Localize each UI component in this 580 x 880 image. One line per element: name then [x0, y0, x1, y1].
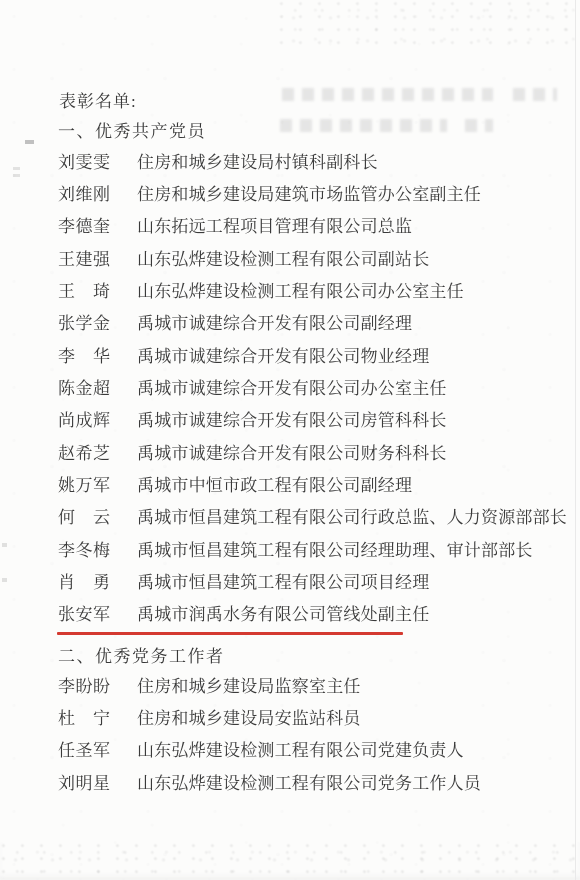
table-row: 王建强 山东弘烨建设检测工程有限公司副站长: [58, 241, 572, 273]
person-name: 陈金超: [58, 374, 110, 399]
scan-artifact-mark: [25, 140, 34, 144]
table-row: 刘明星 山东弘烨建设检测工程有限公司党务工作人员: [58, 765, 572, 797]
person-name: 王 琦: [58, 277, 110, 302]
table-row: 刘维刚 住房和城乡建设局建筑市场监管办公室副主任: [58, 176, 572, 208]
table-row: 李盼盼 住房和城乡建设局监察室主任: [58, 668, 572, 700]
table-row: 肖 勇 禹城市恒昌建筑工程有限公司项目经理: [58, 564, 572, 596]
person-name: 杜 宁: [58, 704, 110, 729]
scanned-document-page: 表彰名单: 一、优秀共产党员 刘雯雯 住房和城乡建设局村镇科副科长 刘维刚 住房…: [0, 0, 580, 880]
person-title: 禹城市诚建综合开发有限公司物业经理: [137, 342, 429, 367]
person-name: 肖 勇: [58, 568, 110, 593]
table-row: 李冬梅 禹城市恒昌建筑工程有限公司经理助理、审计部部长: [58, 532, 572, 564]
person-name: 张学金: [58, 309, 110, 334]
scan-artifact-mark: [13, 174, 20, 177]
table-row: 任圣军 山东弘烨建设检测工程有限公司党建负责人: [58, 733, 572, 765]
section-2-list: 李盼盼 住房和城乡建设局监察室主任 杜 宁 住房和城乡建设局安监站科员 任圣军 …: [58, 668, 572, 797]
person-name: 刘雯雯: [58, 148, 110, 173]
person-title: 山东弘烨建设检测工程有限公司办公室主任: [137, 277, 464, 302]
table-row: 李德奎 山东拓远工程项目管理有限公司总监: [58, 209, 572, 241]
table-row: 姚万军 禹城市中恒市政工程有限公司副经理: [58, 467, 572, 499]
person-title: 住房和城乡建设局村镇科副科长: [137, 148, 378, 173]
section-heading-2: 二、优秀党务工作者: [58, 642, 225, 667]
person-title: 住房和城乡建设局安监站科员: [137, 704, 361, 729]
person-name: 任圣军: [58, 736, 110, 761]
scan-edge-line: [575, 0, 576, 880]
scan-noise-bottom: [0, 842, 580, 880]
person-name: 李德奎: [58, 212, 110, 237]
bleed-through-row: [465, 119, 493, 132]
scan-artifact-mark: [13, 167, 20, 170]
bleed-through-row: [280, 119, 447, 132]
person-name: 何 云: [58, 503, 110, 528]
scan-artifact-mark: [2, 543, 7, 547]
table-row: 何 云 禹城市恒昌建筑工程有限公司行政总监、人力资源部部长: [58, 500, 572, 532]
table-row: 陈金超 禹城市诚建综合开发有限公司办公室主任: [58, 370, 572, 402]
person-title: 禹城市诚建综合开发有限公司房管科科长: [137, 406, 447, 431]
person-name: 姚万军: [58, 471, 110, 496]
person-title: 山东弘烨建设检测工程有限公司党务工作人员: [137, 769, 481, 794]
table-row: 王 琦 山东弘烨建设检测工程有限公司办公室主任: [58, 273, 572, 305]
section-heading-1: 一、优秀共产党员: [58, 117, 206, 142]
person-title: 禹城市诚建综合开发有限公司副经理: [137, 309, 412, 334]
bleed-through-row: [282, 88, 493, 101]
person-title: 山东拓远工程项目管理有限公司总监: [137, 212, 412, 237]
table-row: 赵希芝 禹城市诚建综合开发有限公司财务科科长: [58, 435, 572, 467]
section-1-list: 刘雯雯 住房和城乡建设局村镇科副科长 刘维刚 住房和城乡建设局建筑市场监管办公室…: [58, 144, 572, 629]
person-name: 李 华: [58, 342, 110, 367]
person-title: 山东弘烨建设检测工程有限公司副站长: [137, 245, 429, 270]
table-row: 张学金 禹城市诚建综合开发有限公司副经理: [58, 306, 572, 338]
person-title: 禹城市诚建综合开发有限公司办公室主任: [137, 374, 447, 399]
person-title: 山东弘烨建设检测工程有限公司党建负责人: [137, 736, 464, 761]
person-name: 张安军: [58, 600, 110, 625]
person-title: 禹城市恒昌建筑工程有限公司项目经理: [137, 568, 429, 593]
person-title: 禹城市中恒市政工程有限公司副经理: [137, 471, 412, 496]
person-name: 赵希芝: [58, 439, 110, 464]
scan-noise-top-right: [278, 0, 580, 46]
person-title: 住房和城乡建设局监察室主任: [137, 672, 361, 697]
person-name: 刘明星: [58, 769, 110, 794]
person-name: 王建强: [58, 245, 110, 270]
person-name: 尚成辉: [58, 406, 110, 431]
bleed-through-row: [513, 88, 557, 101]
table-row: 刘雯雯 住房和城乡建设局村镇科副科长: [58, 144, 572, 176]
person-name: 李冬梅: [58, 536, 110, 561]
person-title: 禹城市恒昌建筑工程有限公司行政总监、人力资源部部长: [137, 503, 567, 528]
person-name: 李盼盼: [58, 672, 110, 697]
person-title: 禹城市诚建综合开发有限公司财务科科长: [137, 439, 447, 464]
table-row: 尚成辉 禹城市诚建综合开发有限公司房管科科长: [58, 403, 572, 435]
red-underline-annotation: [57, 632, 403, 635]
person-title: 禹城市润禹水务有限公司管线处副主任: [137, 600, 429, 625]
table-row: 李 华 禹城市诚建综合开发有限公司物业经理: [58, 338, 572, 370]
person-title: 禹城市恒昌建筑工程有限公司经理助理、审计部部长: [137, 536, 533, 561]
table-row-underlined: 张安军 禹城市润禹水务有限公司管线处副主任: [58, 597, 572, 629]
person-title: 住房和城乡建设局建筑市场监管办公室副主任: [137, 180, 481, 205]
table-row: 杜 宁 住房和城乡建设局安监站科员: [58, 700, 572, 732]
document-title: 表彰名单:: [59, 87, 137, 112]
person-name: 刘维刚: [58, 180, 110, 205]
scan-artifact-mark: [2, 578, 7, 582]
